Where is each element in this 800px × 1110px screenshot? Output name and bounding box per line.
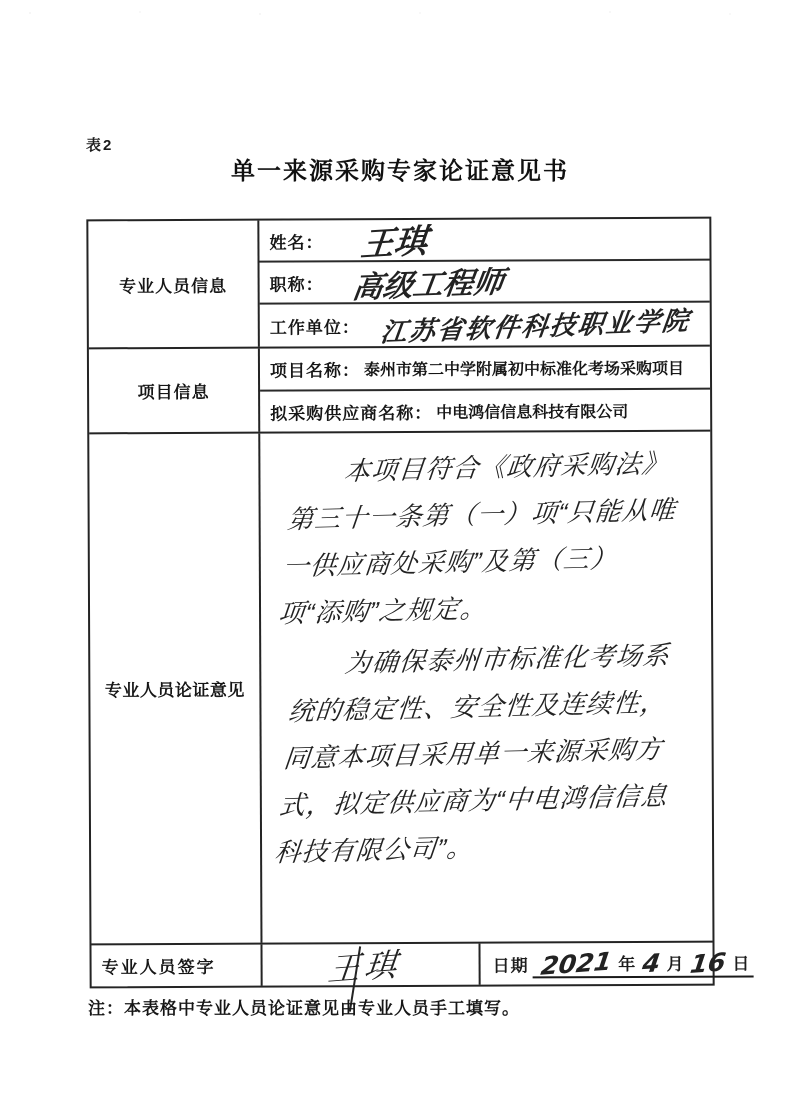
year-unit-label: 年 — [618, 949, 635, 974]
personnel-fields: 姓名： 王琪 职称： 高级工程师 工作单位： 江苏省软件科技职业学院 — [259, 219, 710, 347]
section-label-project: 项目信息 — [89, 349, 260, 433]
supplier-label: 拟采购供应商名称： — [270, 398, 432, 424]
section-label-signature: 专业人员签字 — [91, 945, 262, 987]
name-label: 姓名： — [269, 228, 323, 253]
supplier-value: 中电鸿信信息科技有限公司 — [436, 399, 628, 423]
section-opinion: 专业人员论证意见 本项目符合《政府采购法》第三十一条第（一）项“只能从唯一供应商… — [89, 432, 712, 946]
name-handwritten-value: 王琪 — [359, 215, 430, 266]
field-supplier-row: 拟采购供应商名称： 中电鸿信信息科技有限公司 — [260, 390, 710, 432]
date-cell: 日期 2021 年 4 月 16 日 — [480, 942, 753, 984]
section-label-personnel: 专业人员信息 — [88, 221, 260, 348]
unit-handwritten-value: 江苏省软件科技职业学院 — [379, 300, 693, 349]
month-unit-label: 月 — [667, 949, 684, 974]
footnote: 注：本表格中专业人员论证意见由专业人员手工填写。 — [88, 994, 520, 1019]
field-name-row: 姓名： 王琪 — [259, 219, 709, 263]
field-project-name-row: 项目名称： 泰州市第二中学附属初中标准化考场采购项目 — [260, 347, 710, 392]
signature-cell: 王琪 — [262, 944, 480, 986]
signature-handwritten: 王琪 — [326, 939, 403, 990]
page-title: 单一来源采购专家论证意见书 — [0, 151, 800, 186]
section-signature: 专业人员签字 王琪 日期 2021 年 4 月 16 日 — [91, 943, 712, 987]
section-personnel: 专业人员信息 姓名： 王琪 职称： 高级工程师 工作单位： 江苏省软件科技职业学… — [88, 219, 710, 350]
opinion-paragraph-1: 本项目符合《政府采购法》第三十一条第（一）项“只能从唯一供应商处采购”及第（三）… — [276, 440, 687, 638]
project-fields: 项目名称： 泰州市第二中学附属初中标准化考场采购项目 拟采购供应商名称： 中电鸿… — [260, 347, 710, 432]
field-title-row: 职称： 高级工程师 — [260, 261, 710, 305]
title-handwritten-value: 高级工程师 — [350, 257, 507, 307]
project-name-value: 泰州市第二中学附属初中标准化考场采购项目 — [364, 356, 684, 380]
month-handwritten: 4 — [641, 952, 662, 975]
unit-label: 工作单位： — [270, 313, 360, 338]
project-name-label: 项目名称： — [270, 356, 360, 381]
day-unit-label: 日 — [732, 949, 749, 974]
opinion-paragraph-2: 为确保泰州市标准化考场系统的稳定性、安全性及连续性，同意本项目采用单一来源采购方… — [272, 632, 688, 877]
opinion-handwritten-cell: 本项目符合《政府采购法》第三十一条第（一）项“只能从唯一供应商处采购”及第（三）… — [260, 432, 712, 943]
form-table: 专业人员信息 姓名： 王琪 职称： 高级工程师 工作单位： 江苏省软件科技职业学… — [86, 217, 714, 989]
year-handwritten: 2021 — [540, 950, 613, 977]
title-label: 职称： — [270, 270, 324, 295]
date-label: 日期 — [493, 951, 529, 976]
date-underline: 2021 年 4 月 16 日 — [533, 949, 754, 978]
day-handwritten: 16 — [689, 951, 727, 976]
scan-noise-band — [0, 10, 800, 16]
field-unit-row: 工作单位： 江苏省软件科技职业学院 — [260, 303, 710, 347]
section-label-opinion: 专业人员论证意见 — [89, 434, 262, 944]
section-project: 项目信息 项目名称： 泰州市第二中学附属初中标准化考场采购项目 拟采购供应商名称… — [89, 347, 710, 435]
